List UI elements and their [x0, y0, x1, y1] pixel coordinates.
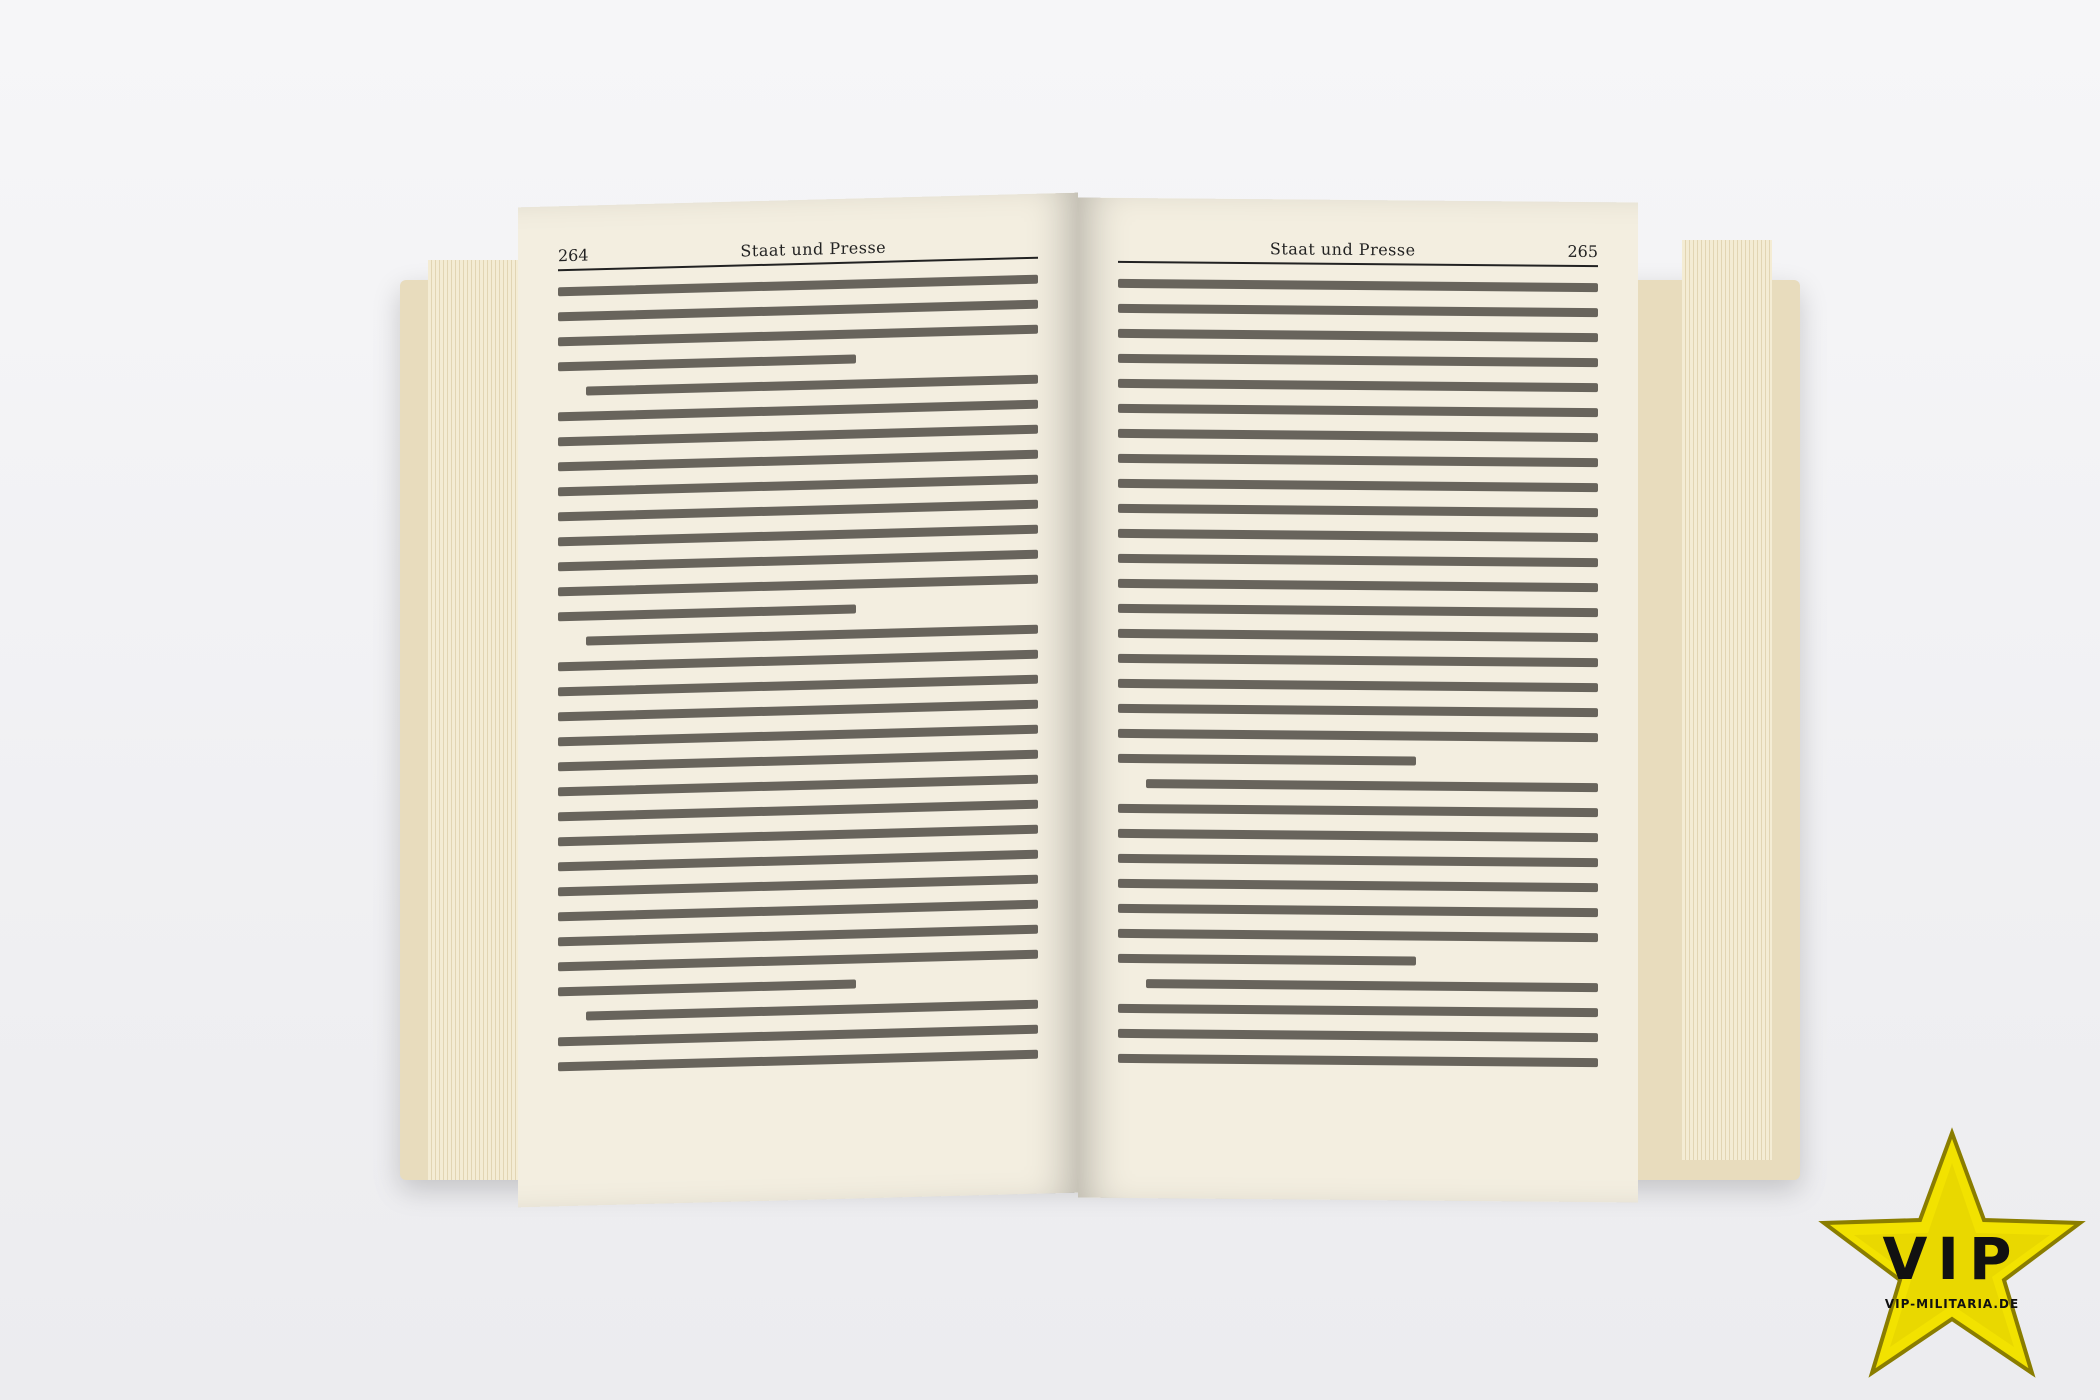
seller-watermark: VIP VIP-MILITARIA.DE [1812, 1125, 2092, 1395]
page-edges-left [428, 260, 518, 1180]
left-page: 264 Staat und Presse [518, 193, 1078, 1208]
page-number: 264 [558, 245, 589, 265]
running-head-left: 264 Staat und Presse [558, 234, 1038, 272]
watermark-url: VIP-MILITARIA.DE [1812, 1297, 2092, 1311]
running-head-right: Staat und Presse 265 [1118, 238, 1598, 267]
open-book: 264 Staat und Presse Staat und Presse 26… [400, 200, 1800, 1220]
right-page: Staat und Presse 265 [1078, 198, 1638, 1203]
page-number: 265 [1567, 242, 1598, 261]
running-title: Staat und Presse [589, 234, 1038, 265]
body-text-placeholder [1118, 279, 1598, 1067]
body-text-placeholder [558, 275, 1038, 1072]
page-edges-right [1682, 240, 1772, 1160]
running-title: Staat und Presse [1118, 238, 1567, 261]
watermark-label: VIP [1812, 1225, 2092, 1293]
